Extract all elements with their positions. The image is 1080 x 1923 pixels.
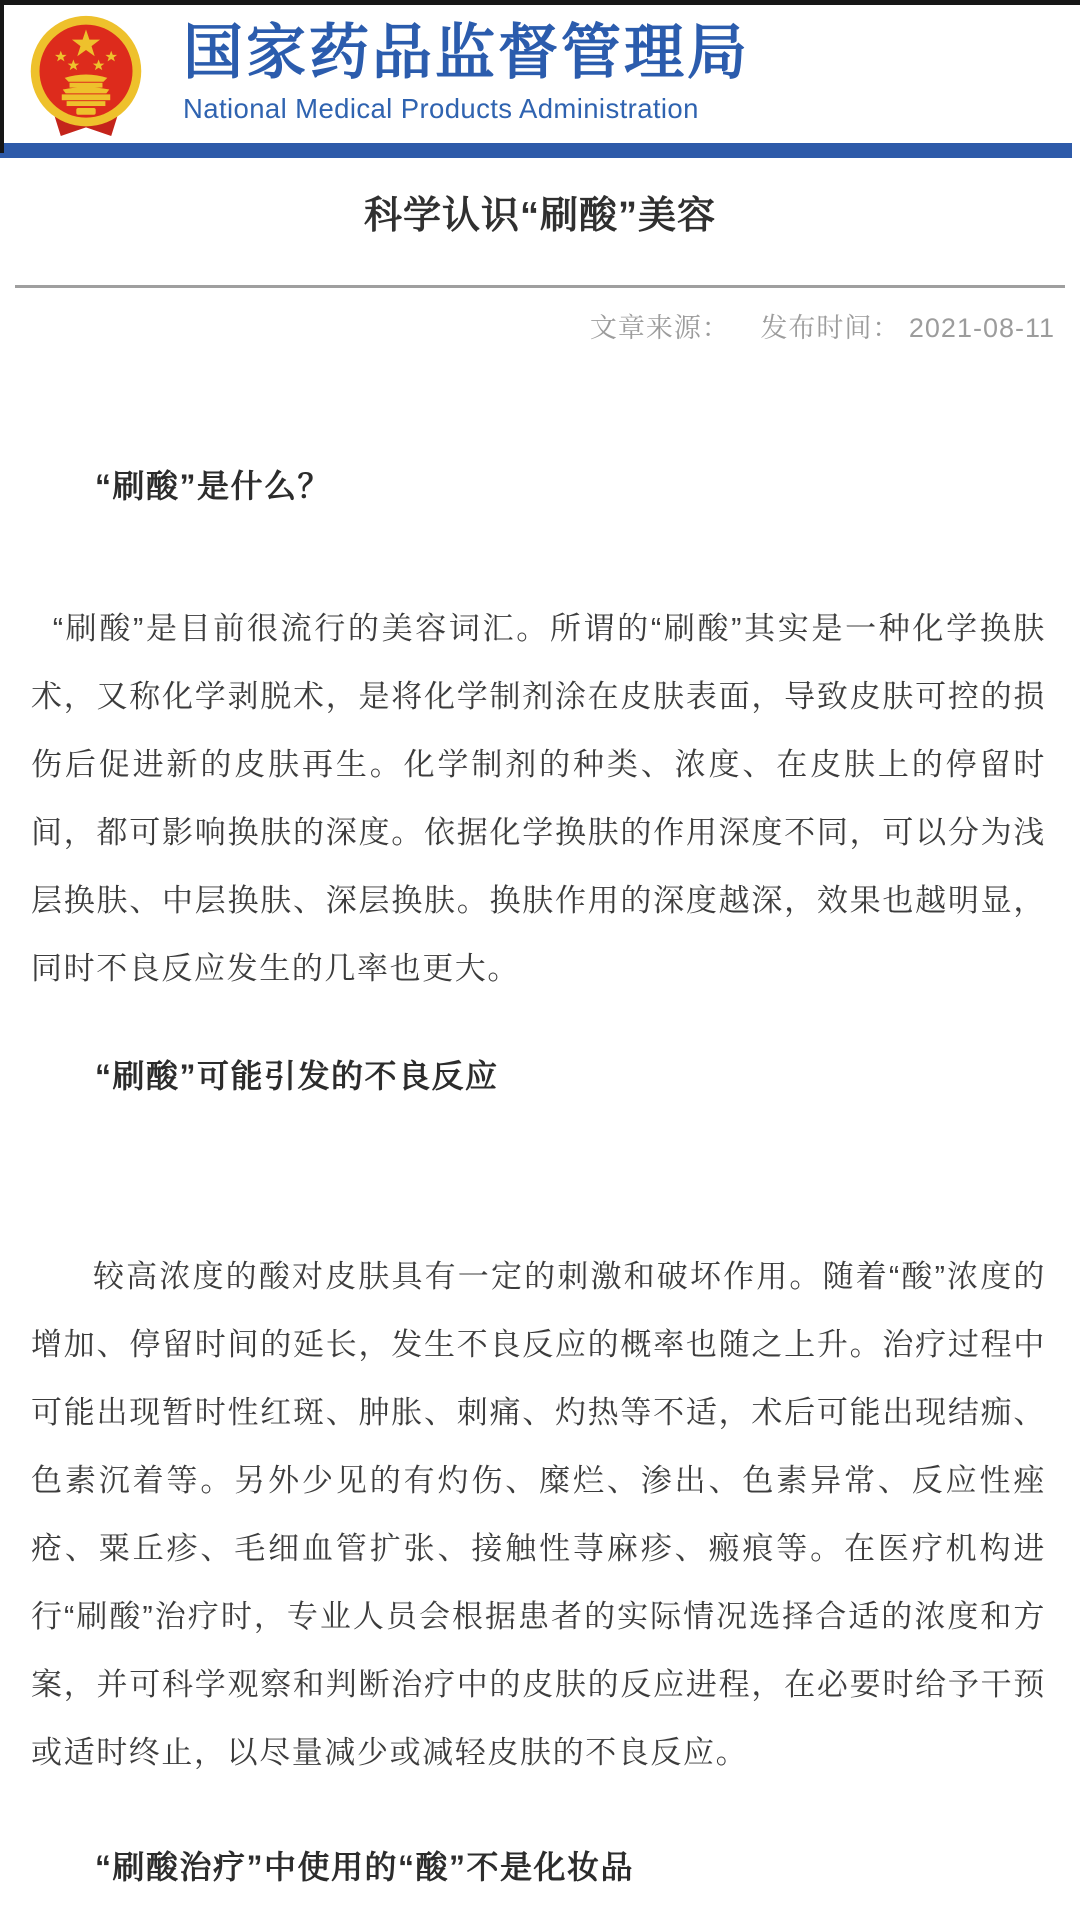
article-body: “刷酸”是什么？ “刷酸”是目前很流行的美容词汇。所谓的“刷酸”其实是一种化学换… <box>0 468 1080 1886</box>
page-left-border <box>0 0 4 153</box>
publish-time-label: 发布时间： <box>760 313 900 343</box>
org-name-en: National Medical Products Administration <box>183 93 750 125</box>
section-paragraph: 较高浓度的酸对皮肤具有一定的刺激和破坏作用。随着“酸”浓度的增加、停留时间的延长… <box>31 1243 1046 1787</box>
site-header: 国家药品监督管理局 National Medical Products Admi… <box>0 0 1080 143</box>
source-label: 文章来源： <box>590 313 730 343</box>
page-title: 科学认识“刷酸”美容 <box>0 193 1080 239</box>
article-meta: 文章来源： 发布时间： 2021-08-11 <box>0 312 1055 344</box>
publish-date: 2021-08-11 <box>909 313 1055 343</box>
section-heading-adverse-reactions: “刷酸”可能引发的不良反应 <box>31 1058 1046 1095</box>
page-top-border <box>0 0 1080 5</box>
section-paragraph: “刷酸”是目前很流行的美容词汇。所谓的“刷酸”其实是一种化学换肤术，又称化学剥脱… <box>31 595 1046 1003</box>
section-heading-what-is-shuasuan: “刷酸”是什么？ <box>31 468 1046 505</box>
section-heading-acid-not-cosmetic: “刷酸治疗”中使用的“酸”不是化妆品 <box>31 1849 1046 1886</box>
header-divider-bar <box>0 143 1072 158</box>
national-emblem-icon <box>27 12 145 138</box>
org-names: 国家药品监督管理局 National Medical Products Admi… <box>183 12 750 125</box>
org-name-zh[interactable]: 国家药品监督管理局 <box>183 20 750 86</box>
title-divider-line <box>15 285 1065 288</box>
home-logo-link[interactable] <box>27 12 145 138</box>
